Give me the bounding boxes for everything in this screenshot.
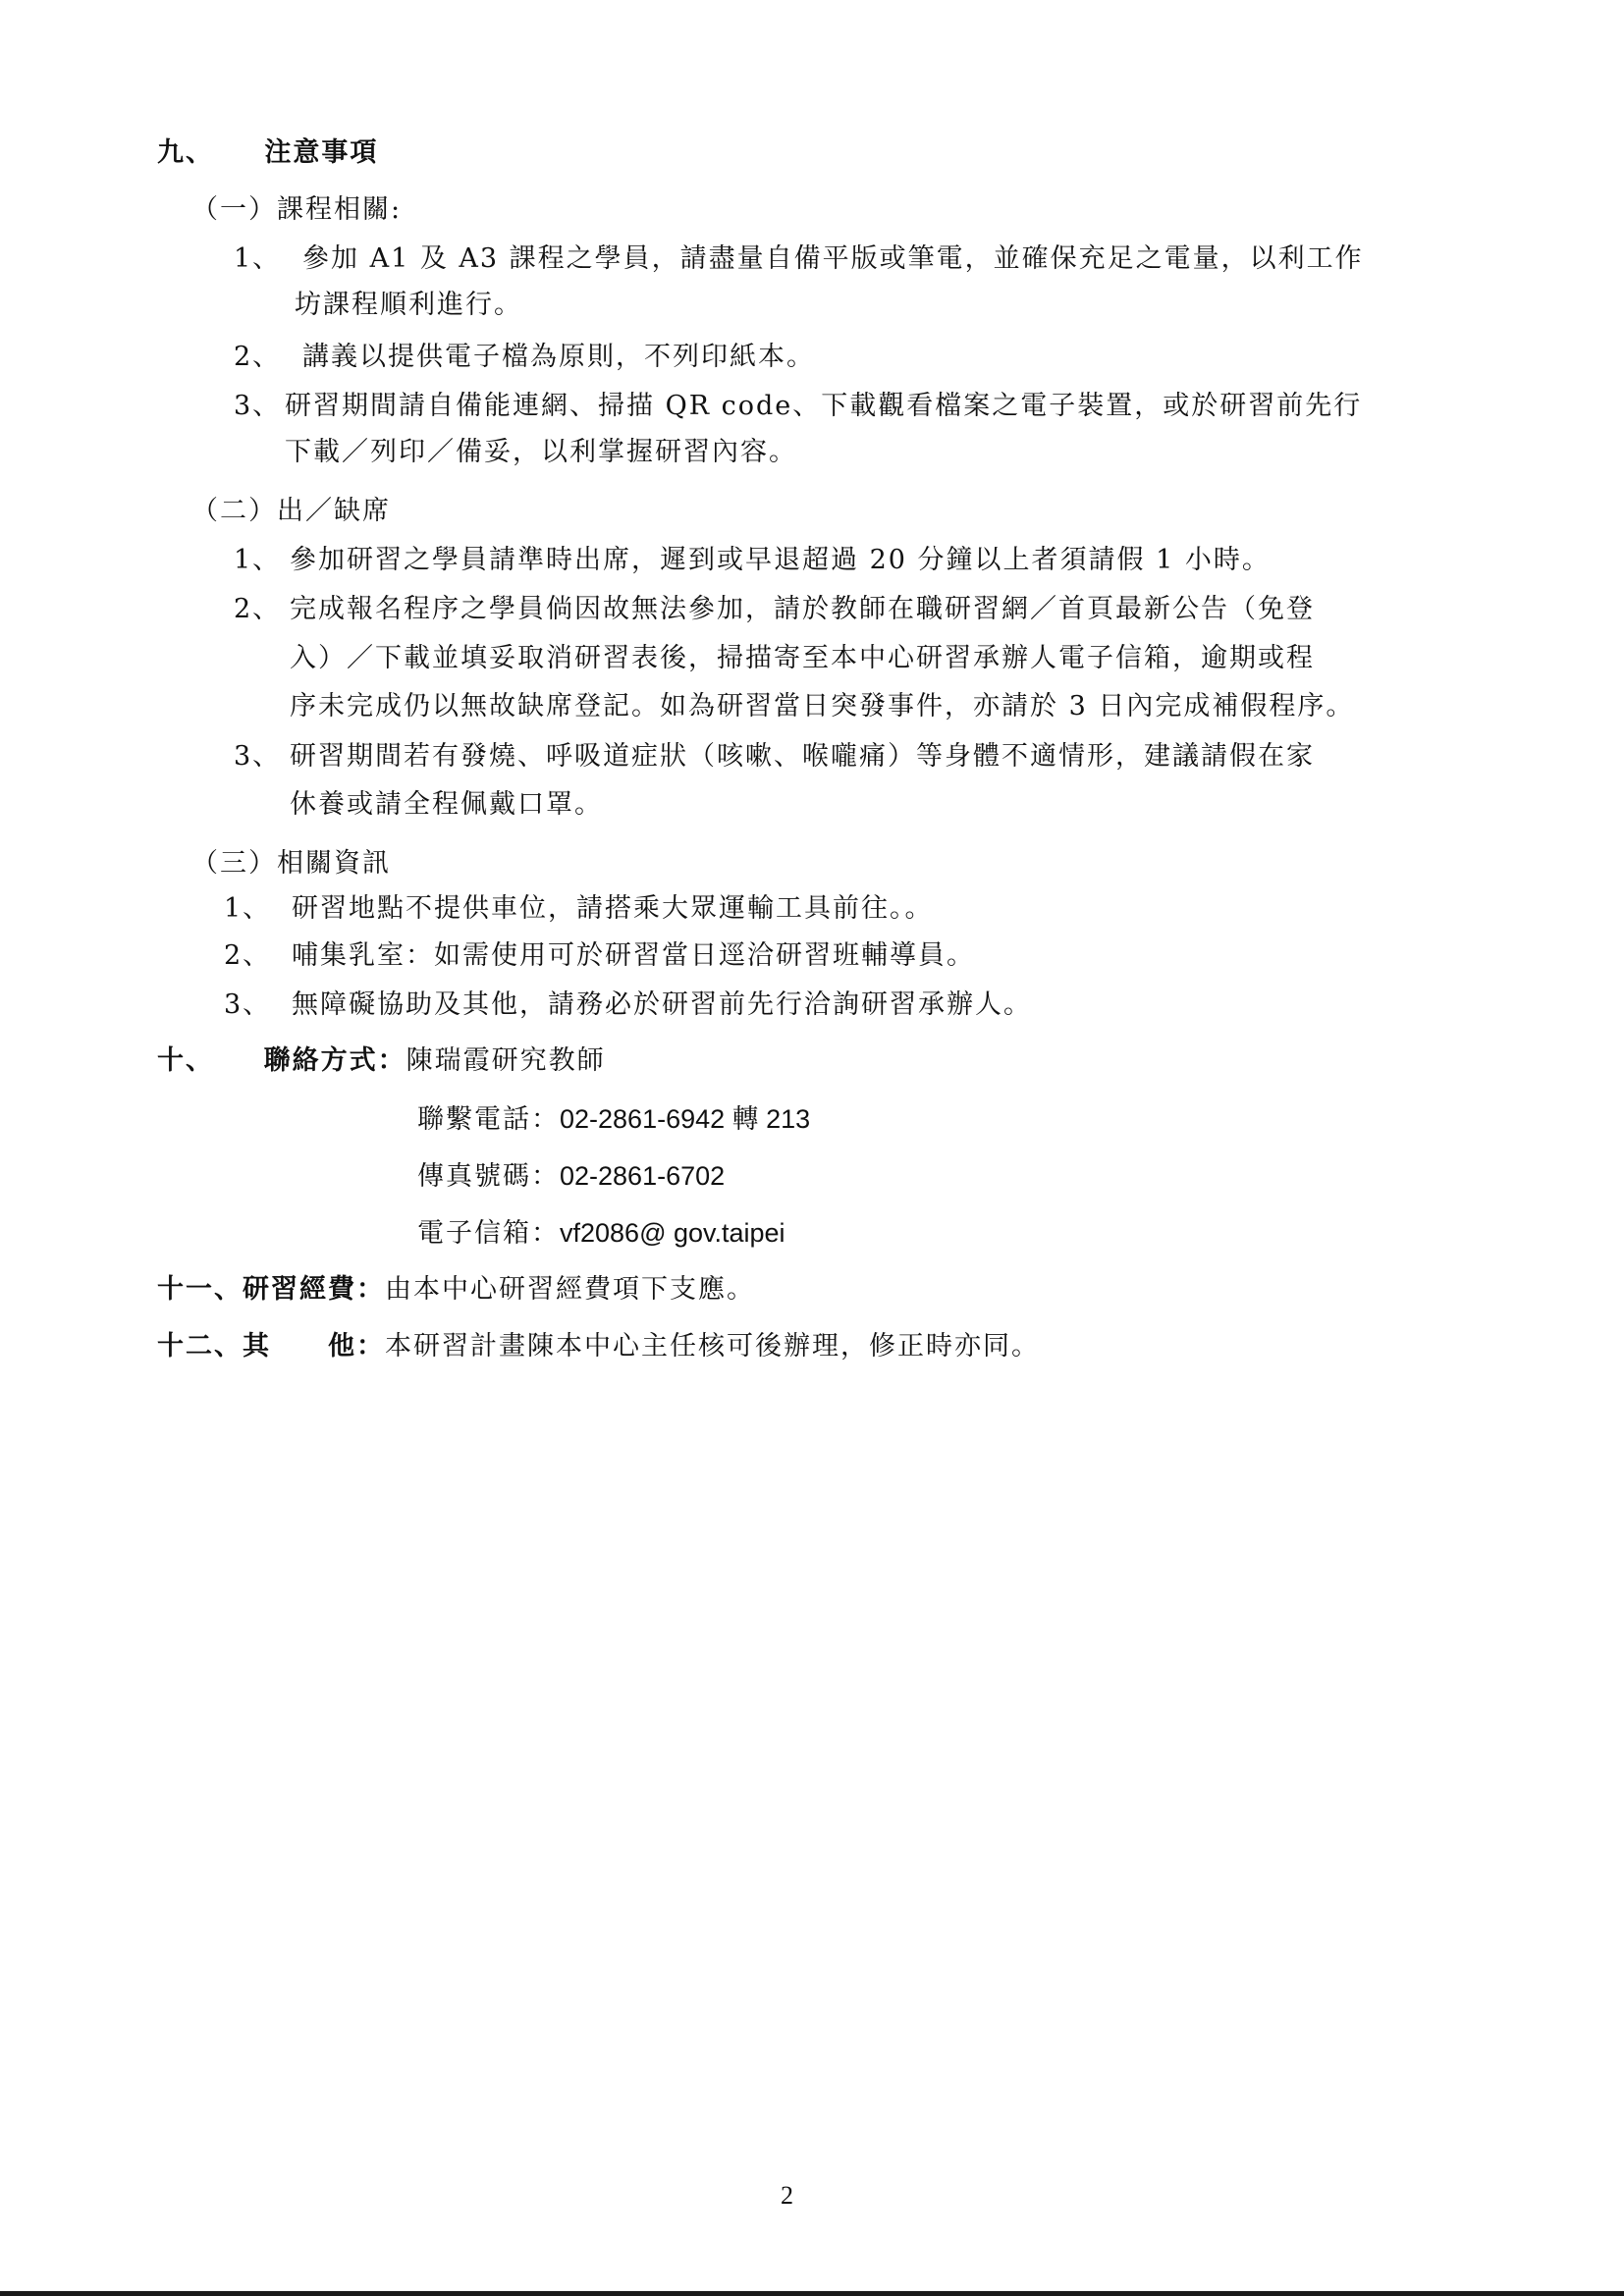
section-12-title: 其 他： [243,1331,385,1362]
sub1-item-3-num: 3、 [234,389,281,424]
sub1-item-2-line-1: 講義以提供電子檔為原則，不列印紙本。 [302,340,815,375]
section-9-number: 九、 [157,137,214,168]
fax-label: 傳真號碼： [417,1161,560,1192]
sub3-item-2-line-1: 哺集乳室：如需使用可於研習當日逕洽研習班輔導員。 [292,938,975,974]
section-12-text: 本研習計畫陳本中心主任核可後辦理，修正時亦同。 [385,1331,1040,1362]
section-12-number: 十二、 [157,1331,243,1362]
sub2-item-2-line-1: 完成報名程序之學員倘因故無法參加，請於教師在職研習網／首頁最新公告（免登 [290,592,1315,627]
email-label: 電子信箱： [417,1218,560,1249]
phone-value: 02-2861-6942 轉 213 [560,1104,810,1134]
contact-phone-row: 聯繫電話：02-2861-6942 轉 213 [417,1101,810,1138]
sub3-item-1-num: 1、 [224,891,271,927]
sub1-item-1-line-1: 參加 A1 及 A3 課程之學員，請盡量自備平版或筆電，並確保充足之電量，以利工… [302,241,1364,277]
contact-name: 陳瑞霞研究教師 [406,1045,606,1076]
sub2-item-1-line-1: 參加研習之學員請準時出席，遲到或早退超過 20 分鐘以上者須請假 1 小時。 [290,543,1271,578]
page-number: 2 [781,2181,793,2211]
sub3-item-3-line-1: 無障礙協助及其他，請務必於研習前先行洽詢研習承辦人。 [292,988,1032,1023]
sub1-item-3-line-2: 下載／列印／備妥，以利掌握研習內容。 [285,435,797,470]
subsection-3-label: （三）相關資訊 [191,846,391,881]
sub3-item-3-num: 3、 [224,988,271,1023]
document-page: 九、 注意事項 （一）課程相關: 1、 參加 A1 及 A3 課程之學員，請盡量… [0,0,1624,2296]
sub2-item-2-line-2: 入）／下載並填妥取消研習表後，掃描寄至本中心研習承辦人電子信箱，逾期或程 [290,641,1315,676]
section-10-heading: 十、 聯絡方式：陳瑞霞研究教師 [157,1043,606,1079]
sub1-item-1-num: 1、 [234,241,281,277]
email-value[interactable]: vf2086@ gov.taipei [560,1218,785,1248]
section-11-text: 由本中心研習經費項下支應。 [385,1274,755,1305]
sub2-item-3-line-2: 休養或請全程佩戴口罩。 [290,787,603,823]
section-11-number: 十一、 [157,1274,243,1305]
sub3-item-2-num: 2、 [224,938,271,974]
subsection-2-label: （二）出／缺席 [191,494,391,529]
contact-fax-row: 傳真號碼：02-2861-6702 [417,1158,725,1195]
sub1-item-2-num: 2、 [234,340,281,375]
sub2-item-3-line-1: 研習期間若有發燒、呼吸道症狀（咳嗽、喉嚨痛）等身體不適情形，建議請假在家 [290,739,1315,774]
subsection-1-label: （一）課程相關: [191,192,402,228]
phone-label: 聯繫電話： [417,1104,560,1135]
section-10-title: 聯絡方式： [264,1045,406,1076]
page-bottom-border [0,2291,1624,2296]
fax-value: 02-2861-6702 [560,1161,725,1191]
sub2-item-2-num: 2、 [234,592,281,627]
sub1-item-1-line-2: 坊課程順利進行。 [295,288,522,323]
sub3-item-1-line-1: 研習地點不提供車位，請搭乘大眾運輸工具前往。。 [292,891,934,927]
sub2-item-1-num: 1、 [234,543,281,578]
sub2-item-2-line-3: 序未完成仍以無故缺席登記。如為研習當日突發事件，亦請於 3 日內完成補假程序。 [290,689,1354,724]
section-10-number: 十、 [157,1045,214,1076]
contact-email-row: 電子信箱：vf2086@ gov.taipei [417,1215,785,1252]
section-11-title: 研習經費： [243,1274,385,1305]
sub1-item-3-line-1: 研習期間請自備能連網、掃描 QR code、下載觀看檔案之電子裝置，或於研習前先… [285,389,1362,424]
section-9-heading: 九、 注意事項 [157,135,378,171]
sub2-item-3-num: 3、 [234,739,281,774]
section-12-row: 十二、其 他：本研習計畫陳本中心主任核可後辦理，修正時亦同。 [157,1329,1040,1364]
section-9-title: 注意事項 [264,137,378,168]
section-11-row: 十一、研習經費：由本中心研習經費項下支應。 [157,1272,755,1308]
